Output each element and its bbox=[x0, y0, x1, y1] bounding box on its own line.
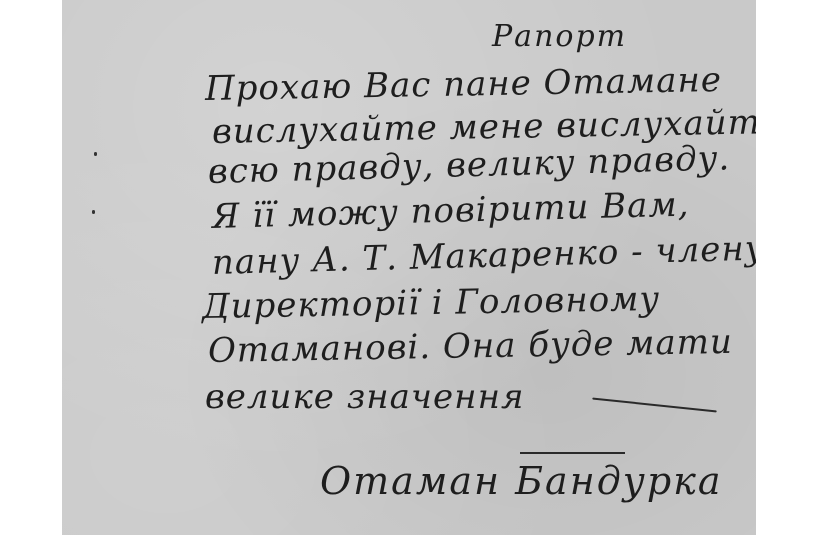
letter-line-1: Прохаю Вас пане Отамане bbox=[205, 63, 723, 106]
signature-flourish bbox=[520, 452, 625, 454]
letter-line-6: Директорії і Головному bbox=[202, 282, 661, 324]
letter-line-5: пану А. Т. Макаренко - члену bbox=[212, 232, 756, 280]
letter-line-8: велике значення bbox=[205, 380, 524, 414]
letter-line-4: Я її можу повірити Вам, bbox=[212, 188, 690, 234]
closing-pen-stroke bbox=[592, 397, 717, 412]
signature: Отаман Бандурка bbox=[320, 462, 723, 500]
ink-speck bbox=[94, 152, 97, 156]
page: Рапорт Прохаю Вас пане Отамане вислухайт… bbox=[0, 0, 823, 535]
document-title: Рапорт bbox=[492, 22, 627, 52]
letter-line-7: Отаманові. Она буде мати bbox=[208, 325, 733, 368]
ink-speck bbox=[92, 210, 95, 214]
scanned-document-paper: Рапорт Прохаю Вас пане Отамане вислухайт… bbox=[62, 0, 756, 535]
